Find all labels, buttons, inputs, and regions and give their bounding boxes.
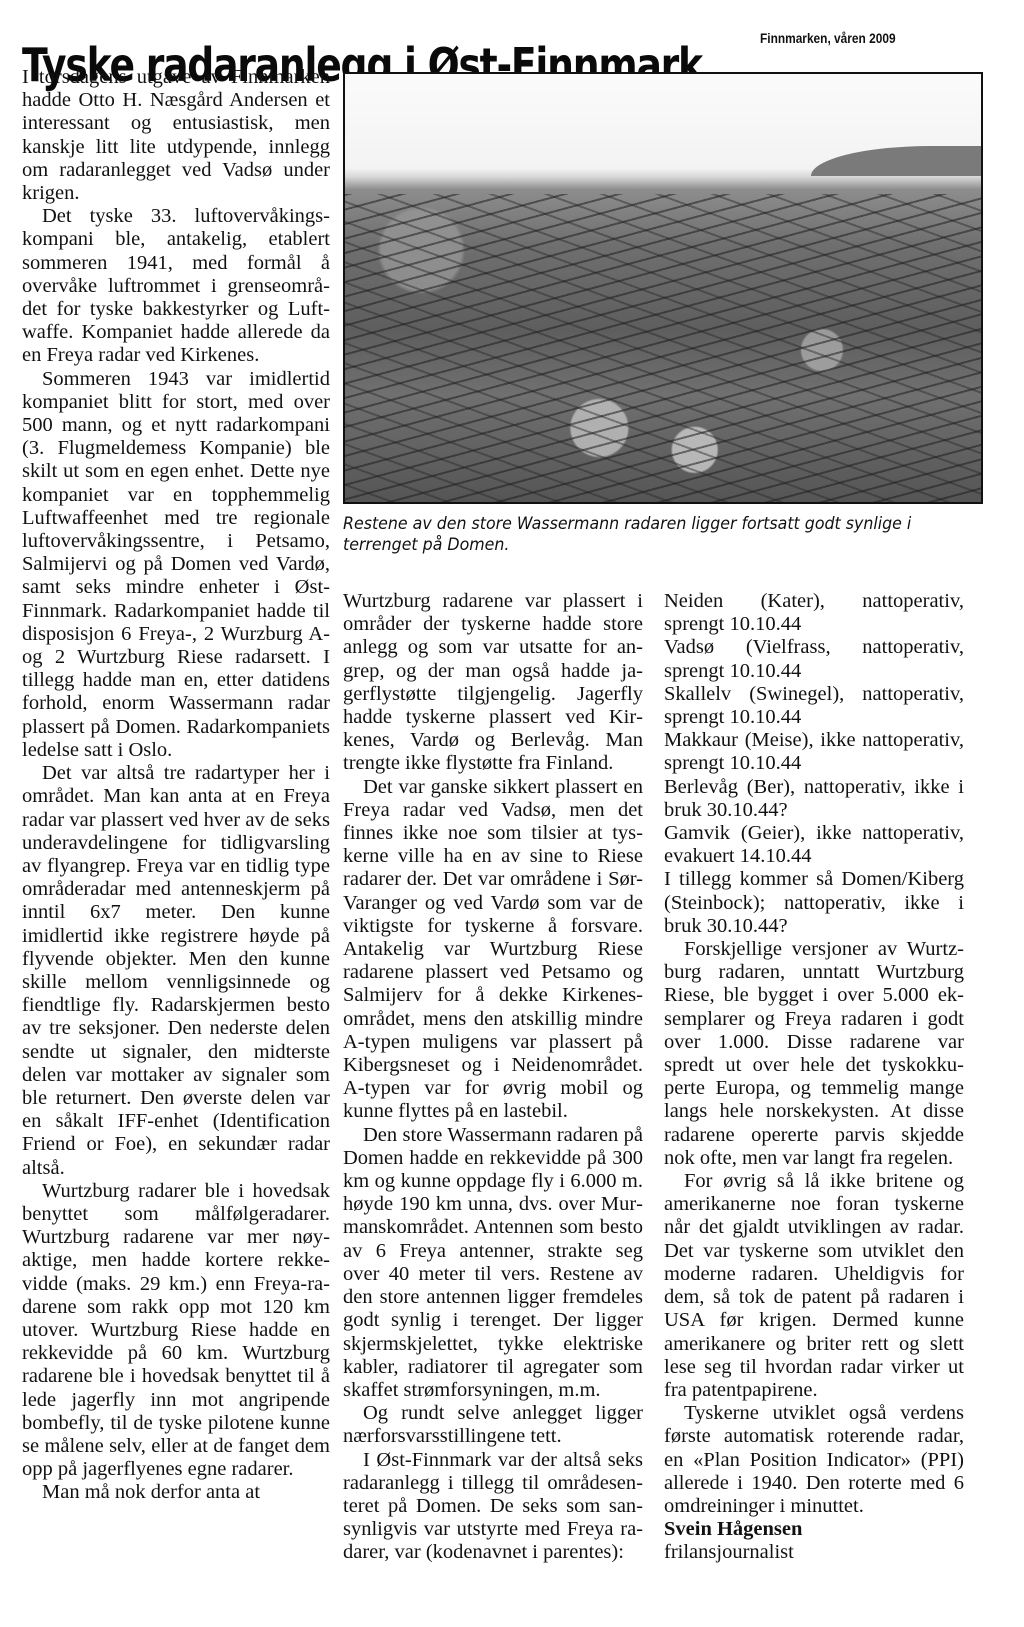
paragraph: Sommeren 1943 var imidlertid kompaniet b…: [22, 368, 330, 762]
paragraph: For øvrig så lå ikke britene og amerikan…: [664, 1170, 964, 1402]
column-3: Neiden (Kater), nattoperativ, sprengt 10…: [664, 590, 964, 1565]
column-2: Wurtzburg radarene var plassert i område…: [343, 590, 643, 1565]
dateline: Finnmarken, våren 2009: [760, 30, 896, 46]
paragraph: Og rundt selve anlegget ligger nærforsva…: [343, 1402, 643, 1448]
paragraph: I torsdagens utgave av Finnmarken hadde …: [22, 66, 330, 205]
photo-hill: [811, 146, 981, 176]
paragraph: Man må nok derfor anta at: [22, 1481, 330, 1504]
photo-caption: Restene av den store Wassermann radaren …: [343, 514, 938, 556]
station-item: I tillegg kommer så Domen/Kiberg (Steinb…: [664, 868, 964, 938]
station-item: Makkaur (Meise), ikke nattopera­tiv, spr…: [664, 729, 964, 775]
paragraph: Den store Wassermann radaren på Domen ha…: [343, 1124, 643, 1402]
paragraph: Det var altså tre radartyper her i områd…: [22, 762, 330, 1180]
photo-radar-wreckage-icon: [345, 194, 981, 504]
station-item: Berlevåg (Ber), nattoperativ, ikke i bru…: [664, 776, 964, 822]
paragraph: Forskjellige versjoner av Wurtz­burg rad…: [664, 938, 964, 1170]
station-item: Skallelv (Swinegel), nattoperativ, spren…: [664, 683, 964, 729]
paragraph: Det var ganske sikkert plassert en Freya…: [343, 776, 643, 1124]
station-item: Gamvik (Geier), ikke nattoperativ, evaku…: [664, 822, 964, 868]
station-item: Vadsø (Vielfrass, nattoperativ, sprengt …: [664, 636, 964, 682]
paragraph: Wurtzburg radarer ble i hoved­sak benytt…: [22, 1180, 330, 1482]
paragraph: Det tyske 33. luftovervåkings­kompani bl…: [22, 205, 330, 367]
paragraph: Tyskerne utviklet også verdens første au…: [664, 1402, 964, 1518]
paragraph: I Øst-Finnmark var der altså seks radara…: [343, 1449, 643, 1565]
paragraph: Wurtzburg radarene var plassert i område…: [343, 590, 643, 776]
byline-name: Svein Hågensen: [664, 1518, 964, 1541]
byline-role: frilansjournalist: [664, 1541, 964, 1564]
column-1: I torsdagens utgave av Finnmarken hadde …: [22, 66, 330, 1505]
station-item: Neiden (Kater), nattoperativ, sprengt 10…: [664, 590, 964, 636]
article-photo: [343, 72, 983, 504]
